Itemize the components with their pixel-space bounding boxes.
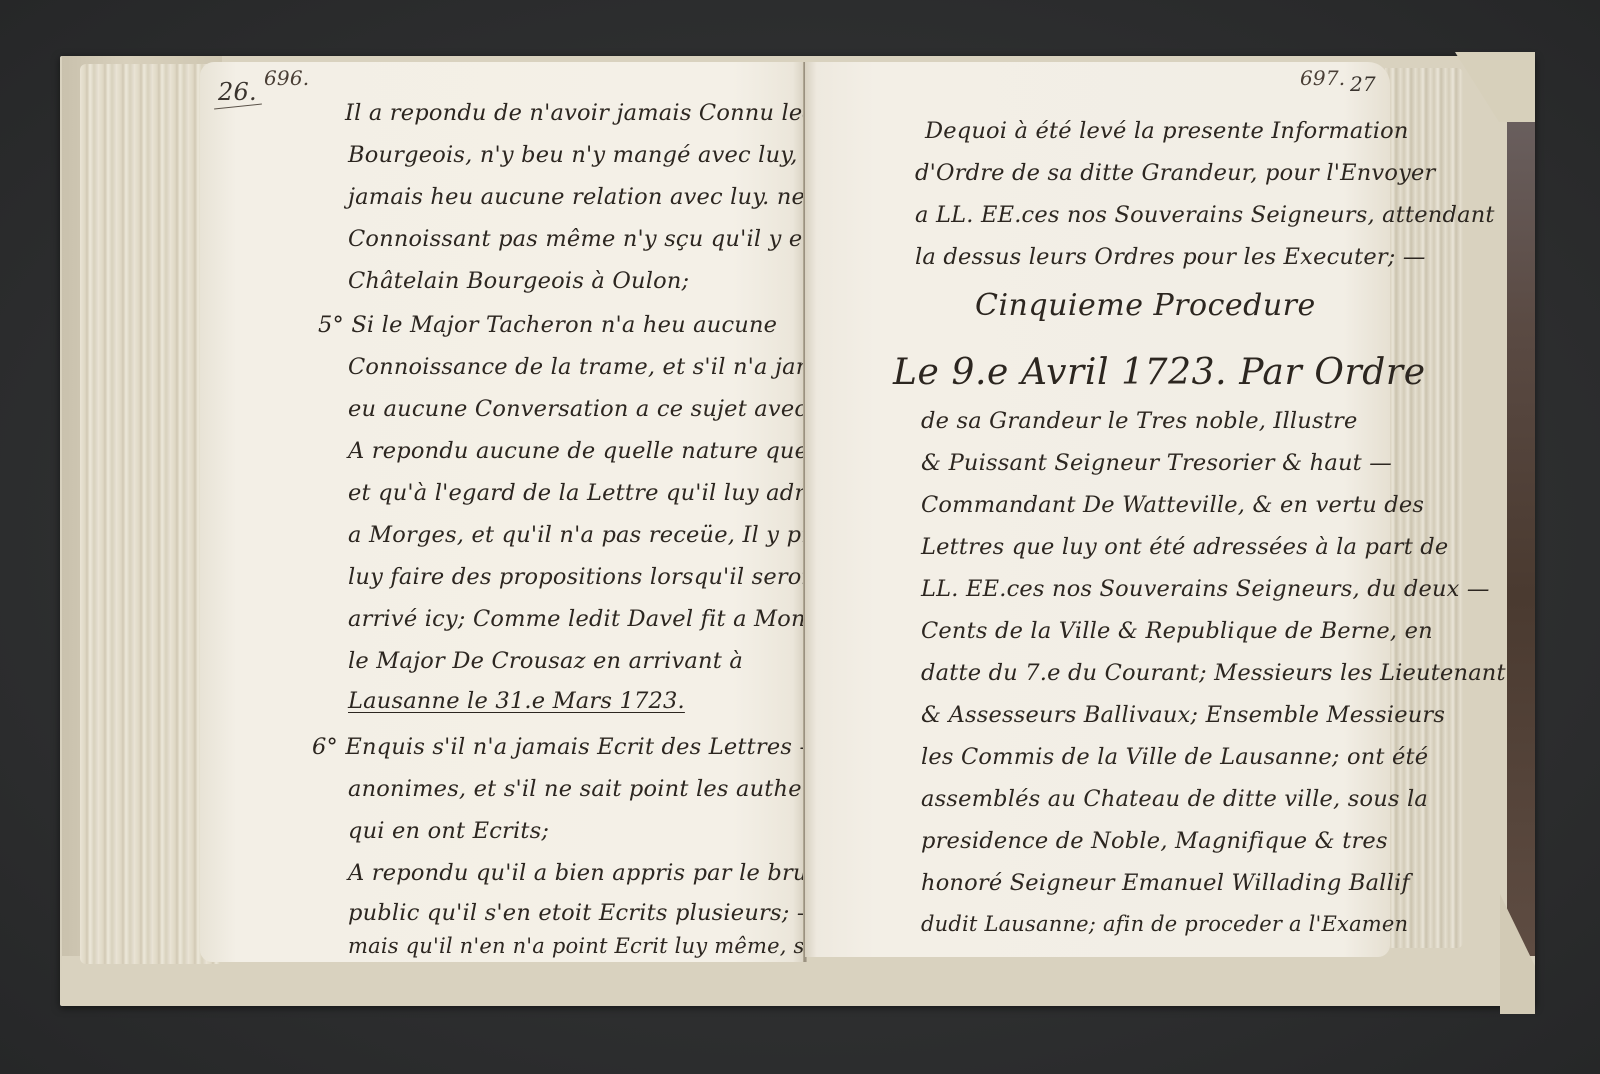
text-line: & Assesseurs Ballivaux; Ensemble Messieu… [921,702,1445,728]
text-line: presidence de Noble, Magnifique & tres [921,828,1388,854]
text-line: d'Ordre de sa ditte Grandeur, pour l'Env… [915,160,1435,186]
text-line: de sa Grandeur le Tres noble, Illustre [921,408,1357,434]
text-line: Cents de la Ville & Republique de Berne,… [921,618,1433,644]
question-6-line: 6° Enquis s'il n'a jamais Ecrit des Lett… [312,734,822,760]
text-line: la dessus leurs Ordres pour les Executer… [915,244,1426,270]
text-line: Connoissant pas même n'y sçu qu'il y eut… [348,226,863,252]
text-line: le Major De Crousaz en arrivant à [348,648,743,674]
text-line: Châtelain Bourgeois à Oulon; [348,268,689,294]
right-page: 697. 27 Dequoi à été levé la presente In… [805,62,1390,957]
section-heading: Cinquieme Procedure [975,288,1316,323]
text-line: jamais heu aucune relation avec luy. ne … [348,184,833,210]
folio-number-left: 696. [264,66,309,90]
text-line: Commandant De Watteville, & en vertu des [921,492,1424,518]
text-line: qui en ont Ecrits; [348,818,549,844]
leather-spine-edge [1507,56,1535,956]
question-5-line: 5° Si le Major Tacheron n'a heu aucune [318,312,777,338]
page-number-left: 26. [218,78,257,106]
text-line: public qu'il s'en etoit Ecrits plusieurs… [348,900,820,926]
text-line: a LL. EE.ces nos Souverains Seigneurs, a… [915,202,1495,228]
text-line: arrivé icy; Comme ledit Davel fit a Mons… [348,606,836,632]
text-line: Il a repondu de n'avoir jamais Connu led… [345,100,834,126]
text-line: A repondu qu'il a bien appris par le bru… [348,860,824,886]
text-line: les Commis de la Ville de Lausanne; ont … [921,744,1428,770]
text-line: datte du 7.e du Courant; Messieurs les L… [921,660,1506,686]
text-line: Lettres que luy ont été adressées à la p… [921,534,1448,560]
text-line: honoré Seigneur Emanuel Willading Ballif [921,870,1410,896]
text-line: dudit Lausanne; afin de proceder a l'Exa… [921,912,1408,936]
text-line: Dequoi à été levé la presente Informatio… [925,118,1409,144]
left-page: 26. 696. Il a repondu de n'avoir jamais … [200,62,805,962]
text-line: anonimes, et s'il ne sait point les auth… [348,776,839,802]
text-line: assemblés au Chateau de ditte ville, sou… [921,786,1428,812]
text-line: Lausanne le 31.e Mars 1723. [348,688,685,714]
text-line: LL. EE.ces nos Souverains Seigneurs, du … [921,576,1490,602]
folio-number-right: 697. [1300,66,1345,90]
text-line: luy faire des propositions lorsqu'il ser… [348,564,818,590]
text-line: eu aucune Conversation a ce sujet avec l… [348,396,880,422]
text-line: mais qu'il n'en n'a point Ecrit luy même… [348,934,831,958]
page-edges-left [80,64,220,964]
text-line: et qu'à l'egard de la Lettre qu'il luy a… [348,480,873,506]
text-line: & Puissant Seigneur Tresorier & haut — [921,450,1392,476]
opening-date-line: Le 9.e Avril 1723. Par Ordre [893,352,1426,393]
page-number-right: 27 [1350,72,1376,96]
text-line: Connoissance de la trame, et s'il n'a ja… [348,354,850,380]
